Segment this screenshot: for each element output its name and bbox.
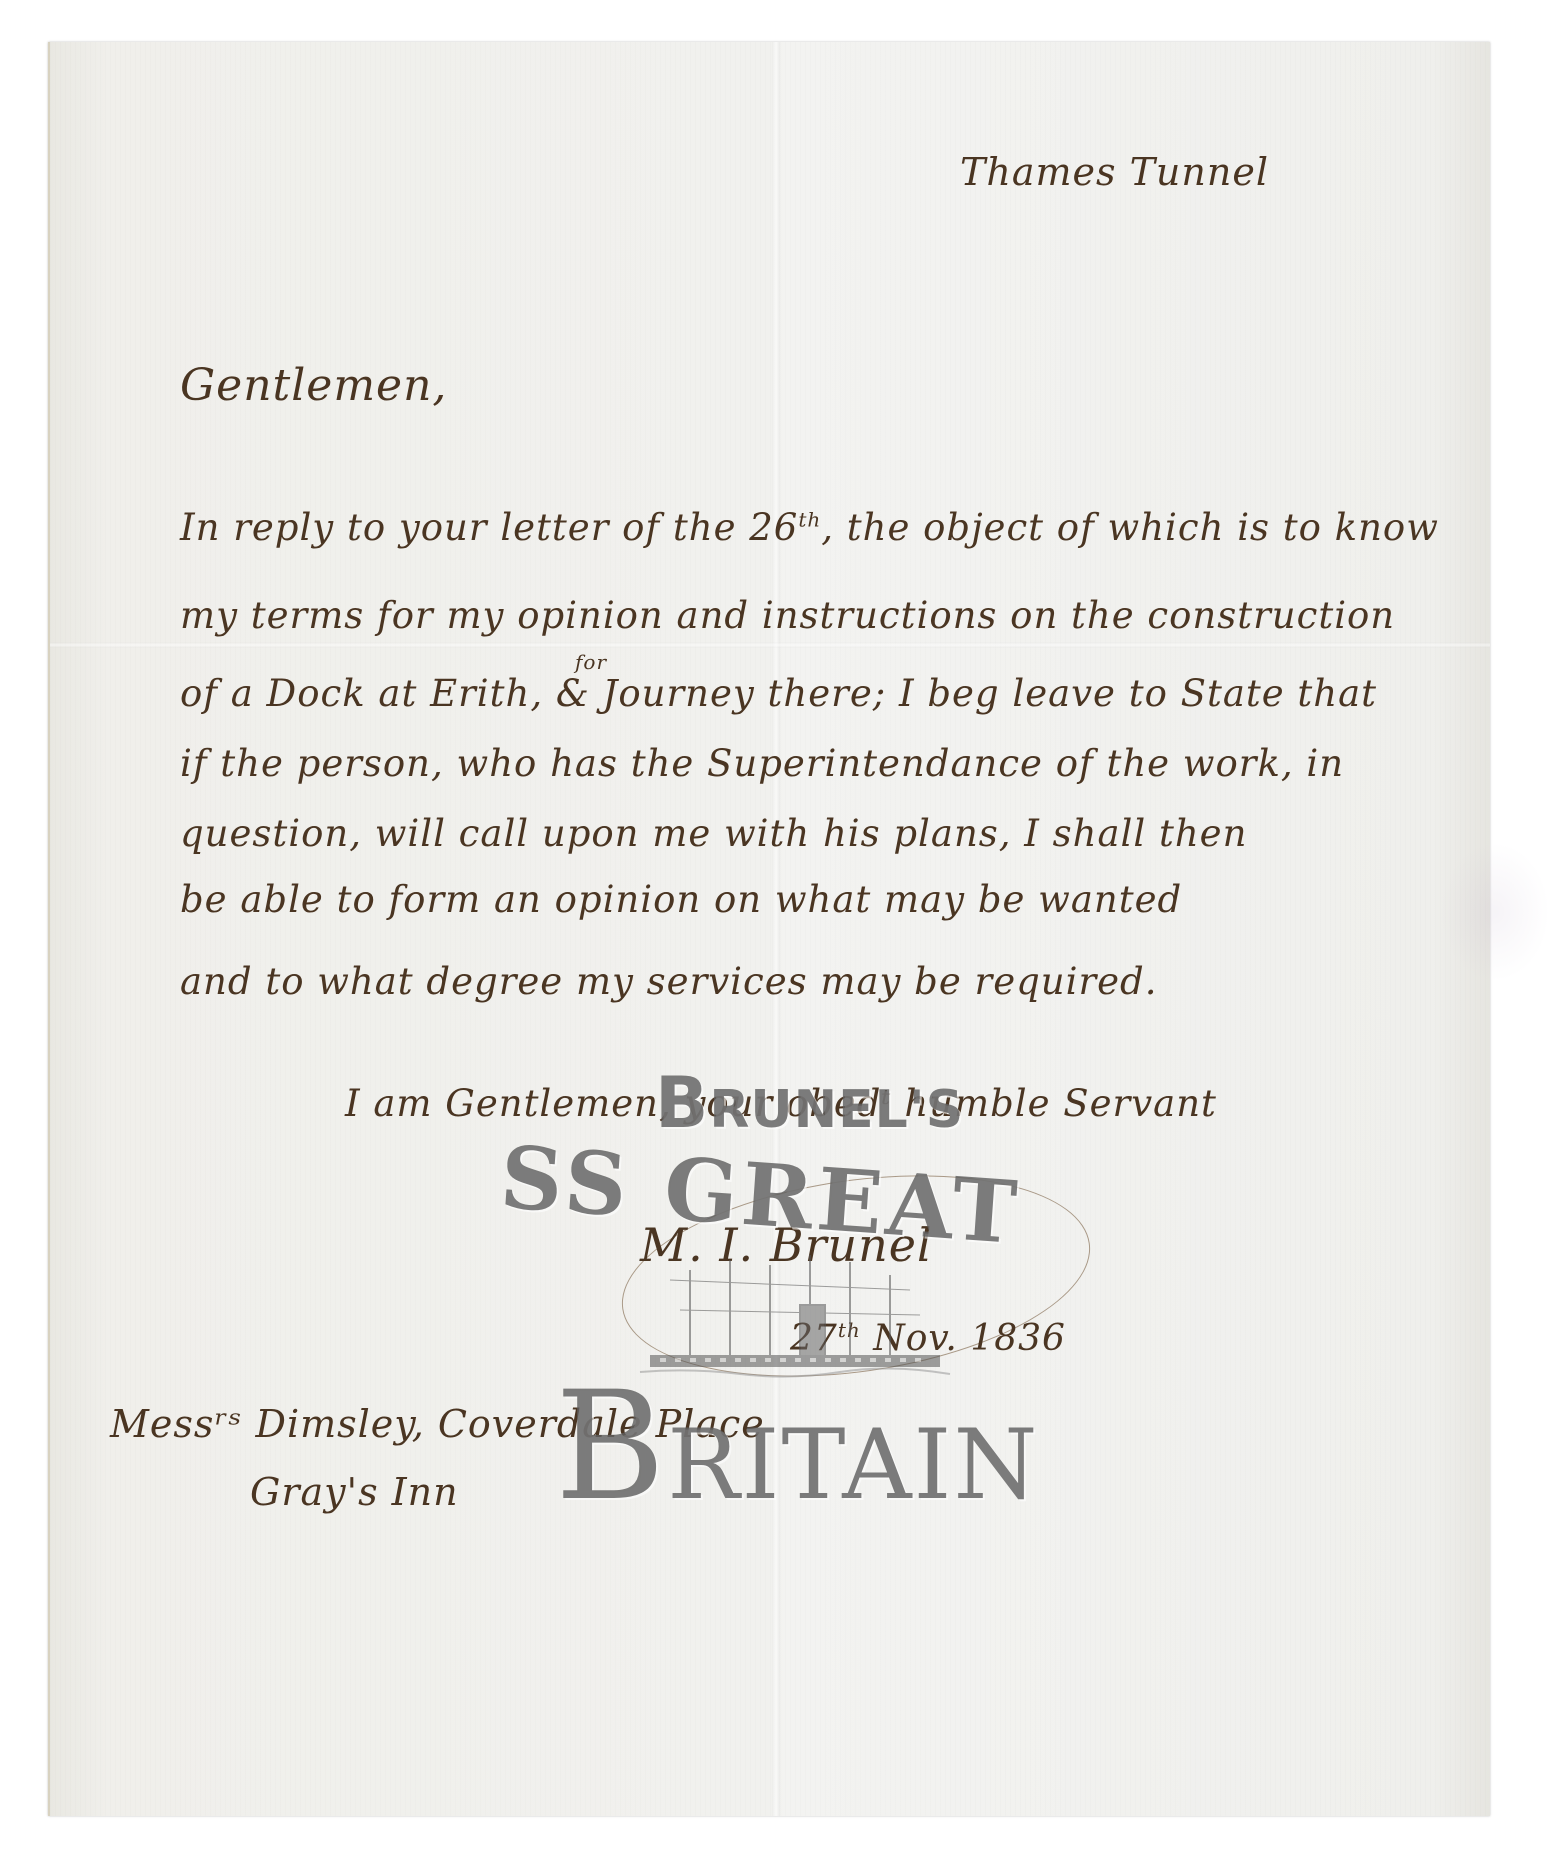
letter-body-line-1: In reply to your letter of the 26th, the… bbox=[180, 506, 1439, 549]
letter-body-line-2: my terms for my opinion and instructions… bbox=[180, 594, 1395, 637]
watermark-britain: BRITAIN bbox=[555, 1360, 1039, 1534]
paper-stain bbox=[1440, 842, 1550, 982]
letter-body-line-4: if the person, who has the Superintendan… bbox=[180, 742, 1344, 785]
letter-page bbox=[48, 42, 1490, 1816]
insertion-mark: for bbox=[575, 650, 607, 674]
letter-body-line-3: of a Dock at Erith, & Journey there; I b… bbox=[180, 672, 1377, 715]
addressee-line-2: Gray's Inn bbox=[250, 1470, 459, 1514]
letter-place-heading: Thames Tunnel bbox=[960, 150, 1269, 194]
watermark-brunels: BRUNEL'S bbox=[655, 1062, 964, 1144]
vertical-fold-line bbox=[772, 42, 780, 1816]
letter-body-line-7: and to what degree my services may be re… bbox=[180, 960, 1157, 1003]
letter-salutation: Gentlemen, bbox=[180, 360, 447, 411]
horizontal-fold-line bbox=[50, 642, 1490, 648]
letter-body-line-5: question, will call upon me with his pla… bbox=[180, 812, 1247, 855]
letter-body-line-6: be able to form an opinion on what may b… bbox=[180, 878, 1182, 921]
